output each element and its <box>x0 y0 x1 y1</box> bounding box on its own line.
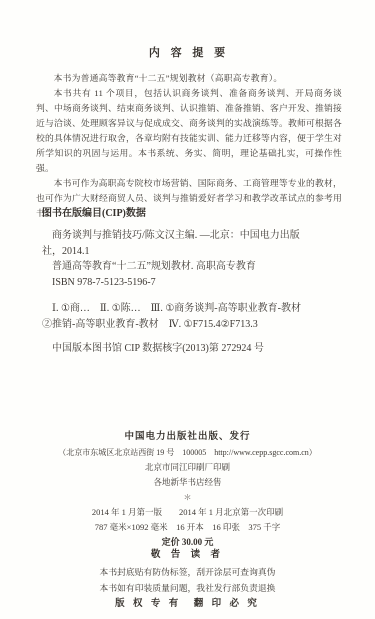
book-copyright-page: 内 容 提 要 本书为普通高等教育“十二五”规划教材（高职高专教育）。 本书共有… <box>0 0 375 619</box>
cip-isbn-line: ISBN 978-7-5123-5196-7 <box>42 275 344 291</box>
cip-title-line: 商务谈判与推销技巧/陈文汉主编. —北京：中国电力出版 <box>42 228 344 244</box>
summary-paragraph: 本书为普通高等教育“十二五”规划教材（高职高专教育）。 <box>36 71 342 86</box>
publication-info-section: 中国电力出版社出版、发行 （北京市东城区北京站西街 19 号 100005 ht… <box>0 430 375 550</box>
anti-counterfeit-line: 本书封底贴有防伪标签，刮开涂层可查询真伪 <box>0 564 375 580</box>
cip-classification-line-continued: ②推销-高等职业教育-教材 Ⅳ. ①F715.4②F713.3 <box>42 317 344 333</box>
reader-notice-section: 敬 告 读 者 本书封底贴有防伪标签，刮开涂层可查询真伪 本书如有印装质量问题，… <box>0 547 375 613</box>
summary-paragraph: 本书共有 11 个项目，包括认识商务谈判、准备商务谈判、开局商务谈判、中场商务谈… <box>36 86 342 176</box>
content-summary-title: 内 容 提 要 <box>36 44 342 60</box>
cip-section: 图书在版编目(CIP)数据 商务谈判与推销技巧/陈文汉主编. —北京：中国电力出… <box>42 204 344 357</box>
publisher-line: 中国电力出版社出版、发行 <box>0 430 375 445</box>
quality-return-line: 本书如有印装质量问题，我社发行部负责退换 <box>0 580 375 596</box>
cip-classification-line: Ⅰ. ①商… Ⅱ. ①陈… Ⅲ. ①商务谈判-高等职业教育-教材 <box>42 301 344 317</box>
distributor-line: 各地新华书店经售 <box>0 475 375 490</box>
format-line: 787 毫米×1092 毫米 16 开本 16 印张 375 千字 <box>0 520 375 535</box>
reader-notice-title: 敬 告 读 者 <box>0 547 375 564</box>
copyright-warning-line: 版 权 专 有 翻 印 必 究 <box>0 596 375 613</box>
content-summary-section: 内 容 提 要 本书为普通高等教育“十二五”规划教材（高职高专教育）。 本书共有… <box>36 44 342 221</box>
cip-series-line: 普通高等教育“十二五”规划教材. 高职高专教育 <box>42 259 344 275</box>
publisher-address-line: （北京市东城区北京站西街 19 号 100005 http://www.cepp… <box>0 445 375 460</box>
asterisk-divider: ＊ <box>0 490 375 505</box>
cip-record-number-line: 中国版本图书馆 CIP 数据核字(2013)第 272924 号 <box>42 341 344 357</box>
cip-heading: 图书在版编目(CIP)数据 <box>42 204 344 219</box>
cip-title-line-continued: 社，2014.1 <box>42 244 344 260</box>
printer-line: 北京市同江印刷厂印刷 <box>0 460 375 475</box>
edition-line: 2014 年 1 月第一版 2014 年 1 月北京第一次印刷 <box>0 505 375 520</box>
